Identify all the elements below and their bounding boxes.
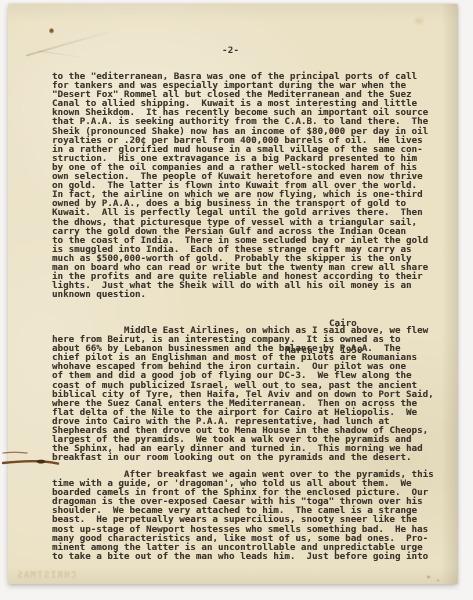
stain-spot [426,575,431,579]
paragraph-middle-east-airlines: Middle East Airlines, on which as I said… [52,326,434,462]
paragraph-kuwait-gold: to the "editerranean, Basra was one of t… [52,72,428,299]
bleed-through-text: CHRISTMAS [16,570,76,581]
scanned-letter-page: -2- to the "editerranean, Basra was one … [0,0,473,600]
page-number: -2- [222,45,239,56]
pin-hole [49,28,54,34]
stain-spot [412,16,426,26]
crease-mark [38,51,88,59]
crease-mark [26,29,115,56]
ink-stain-mark [0,446,70,472]
paragraph-camel-ride: After breakfast we again went over to th… [52,470,434,561]
stain-spot [436,579,440,582]
